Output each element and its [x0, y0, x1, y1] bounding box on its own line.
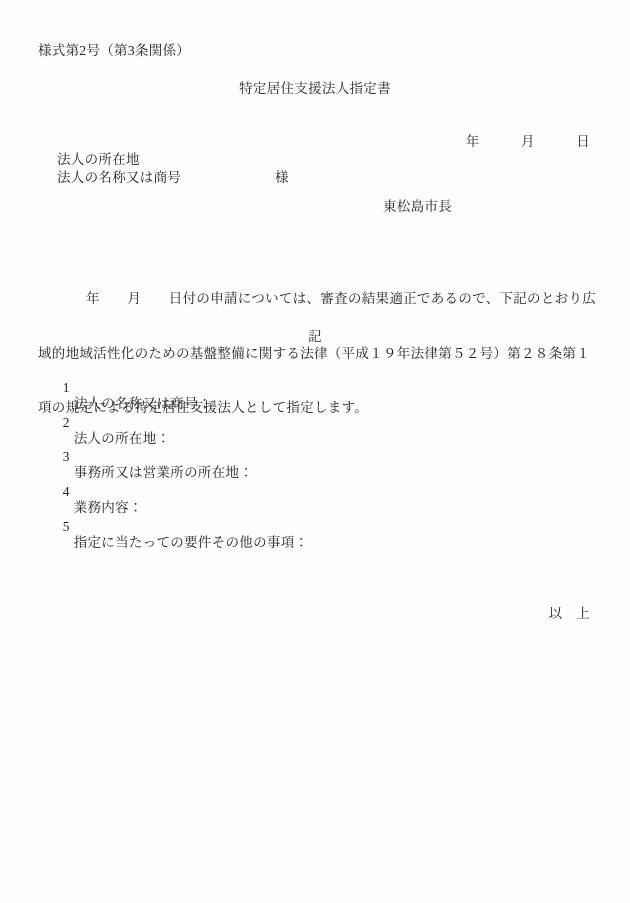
- form-number: 様式第2号（第3条関係）: [38, 43, 190, 59]
- list-item: 5 指定に当たっての要件その他の事項：: [48, 503, 308, 567]
- item-number: 3: [63, 449, 70, 465]
- closing-mark-ijou: 以 上: [549, 606, 590, 622]
- corporation-name-label: 法人の名称又は商号: [57, 170, 181, 186]
- body-line-1: 年 月 日付の申請については、審査の結果適正であるので、下記のとおり広: [38, 288, 598, 311]
- body-line-2: 域的地域活性化のための基盤整備に関する法律（平成１９年法律第５２号）第２８条第１: [38, 343, 598, 366]
- document-page: 様式第2号（第3条関係） 特定居住支援法人指定書 年 月 日 法人の所在地 法人…: [0, 0, 630, 903]
- corporation-address-label: 法人の所在地: [57, 152, 140, 168]
- issue-date-line: 年 月 日: [466, 134, 590, 150]
- item-number: 5: [63, 519, 70, 535]
- item-label: 指定に当たっての要件その他の事項：: [74, 535, 309, 551]
- item-number: 1: [63, 380, 70, 396]
- page-title: 特定居住支援法人指定書: [0, 81, 630, 97]
- record-marker-ki: 記: [0, 329, 630, 345]
- item-number: 4: [63, 484, 70, 500]
- honorific-sama: 様: [275, 170, 289, 186]
- issuer-mayor-name: 東松島市長: [383, 199, 452, 215]
- item-number: 2: [63, 415, 70, 431]
